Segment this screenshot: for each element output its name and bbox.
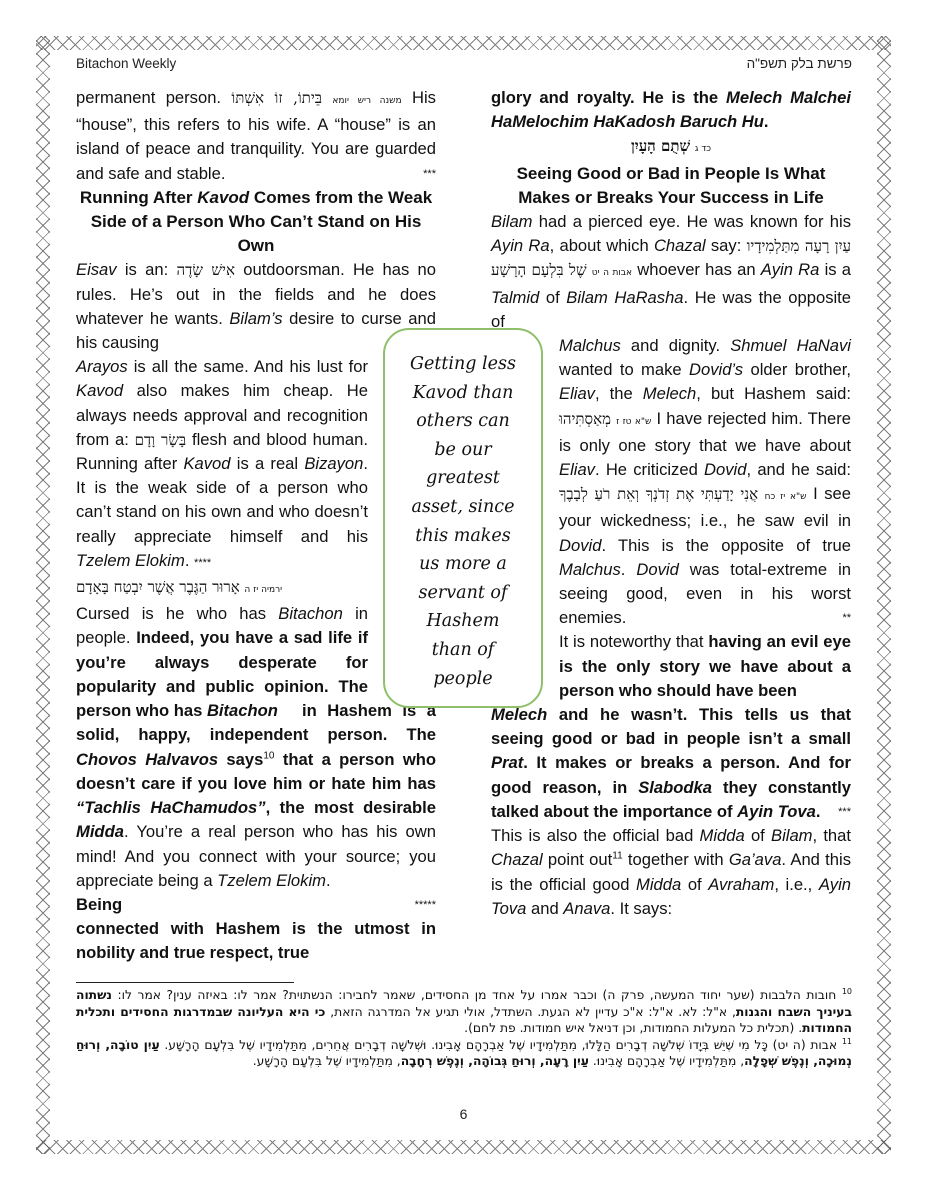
paragraph: Bilam had a pierced eye. He was known fo… xyxy=(491,210,851,334)
decorative-border-bottom xyxy=(36,1140,891,1154)
paragraph: Melech and he wasn’t. This tells us that… xyxy=(491,703,851,824)
footnote-ref[interactable]: 10 xyxy=(263,750,274,761)
section-separator: ***** xyxy=(189,893,436,917)
source-citation: ש"א טז ז xyxy=(616,417,651,427)
footnotes: 10 חובות הלבבות (שער יחוד המעשה, פרק ה) … xyxy=(76,987,852,1070)
hebrew-quote: אֲנִי יָדַעְתִּי אֶת זְדֹנְךָ וְאֵת רֹעַ… xyxy=(559,485,758,503)
paragraph: permanent person. בֵּיתוֹ, זוֹ אִשְׁתּוֹ… xyxy=(76,86,436,186)
decorative-border-top xyxy=(36,36,891,50)
footnote-11: 11 אבות (ה יט) כָּל מִי שֶׁיֵּשׁ בְּיָדו… xyxy=(76,1037,852,1070)
paragraph: glory and royalty. He is the Melech Malc… xyxy=(491,86,851,134)
right-column: glory and royalty. He is the Melech Malc… xyxy=(491,86,851,921)
hebrew-quote: בֵּיתוֹ, זוֹ אִשְׁתּוֹ xyxy=(231,89,322,107)
section-separator: *** xyxy=(423,162,436,186)
source-citation: כד ג xyxy=(695,144,711,154)
footnote-separator-rule xyxy=(76,982,294,983)
section-separator: *** xyxy=(838,800,851,824)
page-number: 6 xyxy=(0,1106,927,1122)
paragraph: This is also the official bad Midda of B… xyxy=(491,824,851,921)
text-wrap-region: Arayos is all the same. And his lust for… xyxy=(76,355,368,723)
paragraph: Malchus and dignity. Shmuel HaNavi wante… xyxy=(559,334,851,630)
hebrew-section-title: שְׁתֻם הָעָיִן כד ג xyxy=(491,134,851,161)
footnote-number: 11 xyxy=(842,1036,852,1045)
section-separator: ** xyxy=(842,606,851,630)
header-publication-title: Bitachon Weekly xyxy=(76,56,176,71)
decorative-border-left xyxy=(36,36,50,1154)
section-heading: Running After Kavod Comes from the Weak … xyxy=(76,186,436,259)
source-citation: אבות ה יט xyxy=(592,268,632,278)
paragraph: Arayos is all the same. And his lust for… xyxy=(76,355,368,575)
page-header: Bitachon Weekly פרשת בלק תשפ"ה xyxy=(76,56,852,76)
hebrew-quote: מְאַסְתִּיהוּ xyxy=(559,410,611,428)
source-citation: משנה ריש יומא xyxy=(332,96,401,106)
left-column: permanent person. בֵּיתוֹ, זוֹ אִשְׁתּוֹ… xyxy=(76,86,436,966)
hebrew-quote: אָרוּר הַגֶּבֶר אֲשֶׁר יִבְטַח בָּאָדָם xyxy=(76,578,240,596)
footnote-ref[interactable]: 11 xyxy=(612,851,622,862)
paragraph: Eisav is an: אִישׁ שָׂדֶה outdoorsman. H… xyxy=(76,258,436,355)
decorative-border-right xyxy=(877,36,891,1154)
hebrew-quote: בָּשָׂר וָדָם xyxy=(135,431,187,449)
section-separator: **** xyxy=(194,557,211,569)
section-heading: Seeing Good or Bad in People Is What Mak… xyxy=(491,162,851,210)
hebrew-quote: אִישׁ שָׂדֶה xyxy=(176,261,234,279)
source-citation: ירמיה יז ה xyxy=(244,585,282,595)
footnote-number: 10 xyxy=(842,987,852,996)
source-citation: ש"א יז כח xyxy=(765,492,807,502)
text-wrap-region: Malchus and dignity. Shmuel HaNavi wante… xyxy=(559,334,851,703)
paragraph: It is noteworthy that having an evil eye… xyxy=(559,630,851,703)
header-parsha-title: פרשת בלק תשפ"ה xyxy=(747,56,852,71)
footnote-10: 10 חובות הלבבות (שער יחוד המעשה, פרק ה) … xyxy=(76,987,852,1037)
paragraph: in Hashem is a solid, happy, independent… xyxy=(76,699,436,893)
